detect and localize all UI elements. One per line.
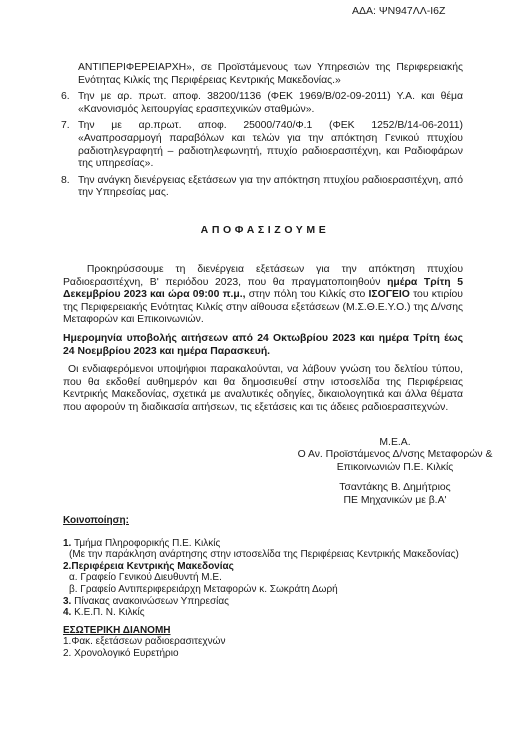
notification-item: α. Γραφείο Γενικού Διευθυντή Μ.Ε. <box>63 572 459 584</box>
notification-item: (Με την παράκληση ανάρτησης στην ιστοσελ… <box>63 549 459 561</box>
considerations-block: ΑΝΤΙΠΕΡΙΦΕΡΕΙΑΡΧΗ», σε Προϊστάμενους των… <box>78 62 463 204</box>
consideration-item: 6. Την με αρ. πρωτ. αποφ. 38200/1136 (ΦΕ… <box>78 91 463 116</box>
decision-title: ΑΠΟΦΑΣΙΖΟΥΜΕ <box>0 224 530 236</box>
signer-name: Τσαντάκης Β. Δημήτριος <box>275 482 515 494</box>
internal-item: 2. Χρονολογικό Ευρετήριο <box>63 648 459 660</box>
application-dates: Ημερομηνία υποβολής αιτήσεων από 24 Οκτω… <box>63 333 463 358</box>
signature-block: Μ.Ε.Α. Ο Αν. Προϊστάμενος Δ/νσης Μεταφορ… <box>275 437 515 507</box>
notification-item: 4. Κ.Ε.Π. Ν. Κιλκίς <box>63 607 459 619</box>
notification-item: 1. Τμήμα Πληροφορικής Π.Ε. Κιλκίς <box>63 538 459 550</box>
ada-code: ΑΔΑ: ΨΝ947ΛΛ-Ι6Ζ <box>352 5 445 17</box>
instructions-paragraph: Οι ενδιαφερόμενοι υποψήφιοι παρακαλούντα… <box>63 364 463 414</box>
notification-item: 3. Πίνακας ανακοινώσεων Υπηρεσίας <box>63 596 459 608</box>
signer-rank: ΠΕ Μηχανικών με β.Α' <box>275 495 515 507</box>
notification-item: β. Γραφείο Αντιπεριφερειάρχη Μεταφορών κ… <box>63 584 459 596</box>
continuation-text: ΑΝΤΙΠΕΡΙΦΕΡΕΙΑΡΧΗ», σε Προϊστάμενους των… <box>78 62 463 87</box>
notification-heading: Κοινοποίηση: <box>63 515 459 527</box>
internal-distribution-heading: ΕΣΩΤΕΡΙΚΗ ΔΙΑΝΟΜΗ <box>63 625 459 637</box>
announcement-paragraph: Προκηρύσσουμε τη διενέργεια εξετάσεων γι… <box>63 264 463 327</box>
notification-block: Κοινοποίηση: 1. Τμήμα Πληροφορικής Π.Ε. … <box>63 515 459 660</box>
internal-item: 1.Φακ. εξετάσεων ραδιοερασιτεχνών <box>63 636 459 648</box>
notification-item: 2.Περιφέρεια Κεντρικής Μακεδονίας <box>63 561 459 573</box>
consideration-item: 8. Την ανάγκη διενέργειας εξετάσεων για … <box>78 175 463 200</box>
consideration-item: 7. Την με αρ.πρωτ. αποφ. 25000/740/Φ.1 (… <box>78 120 463 170</box>
